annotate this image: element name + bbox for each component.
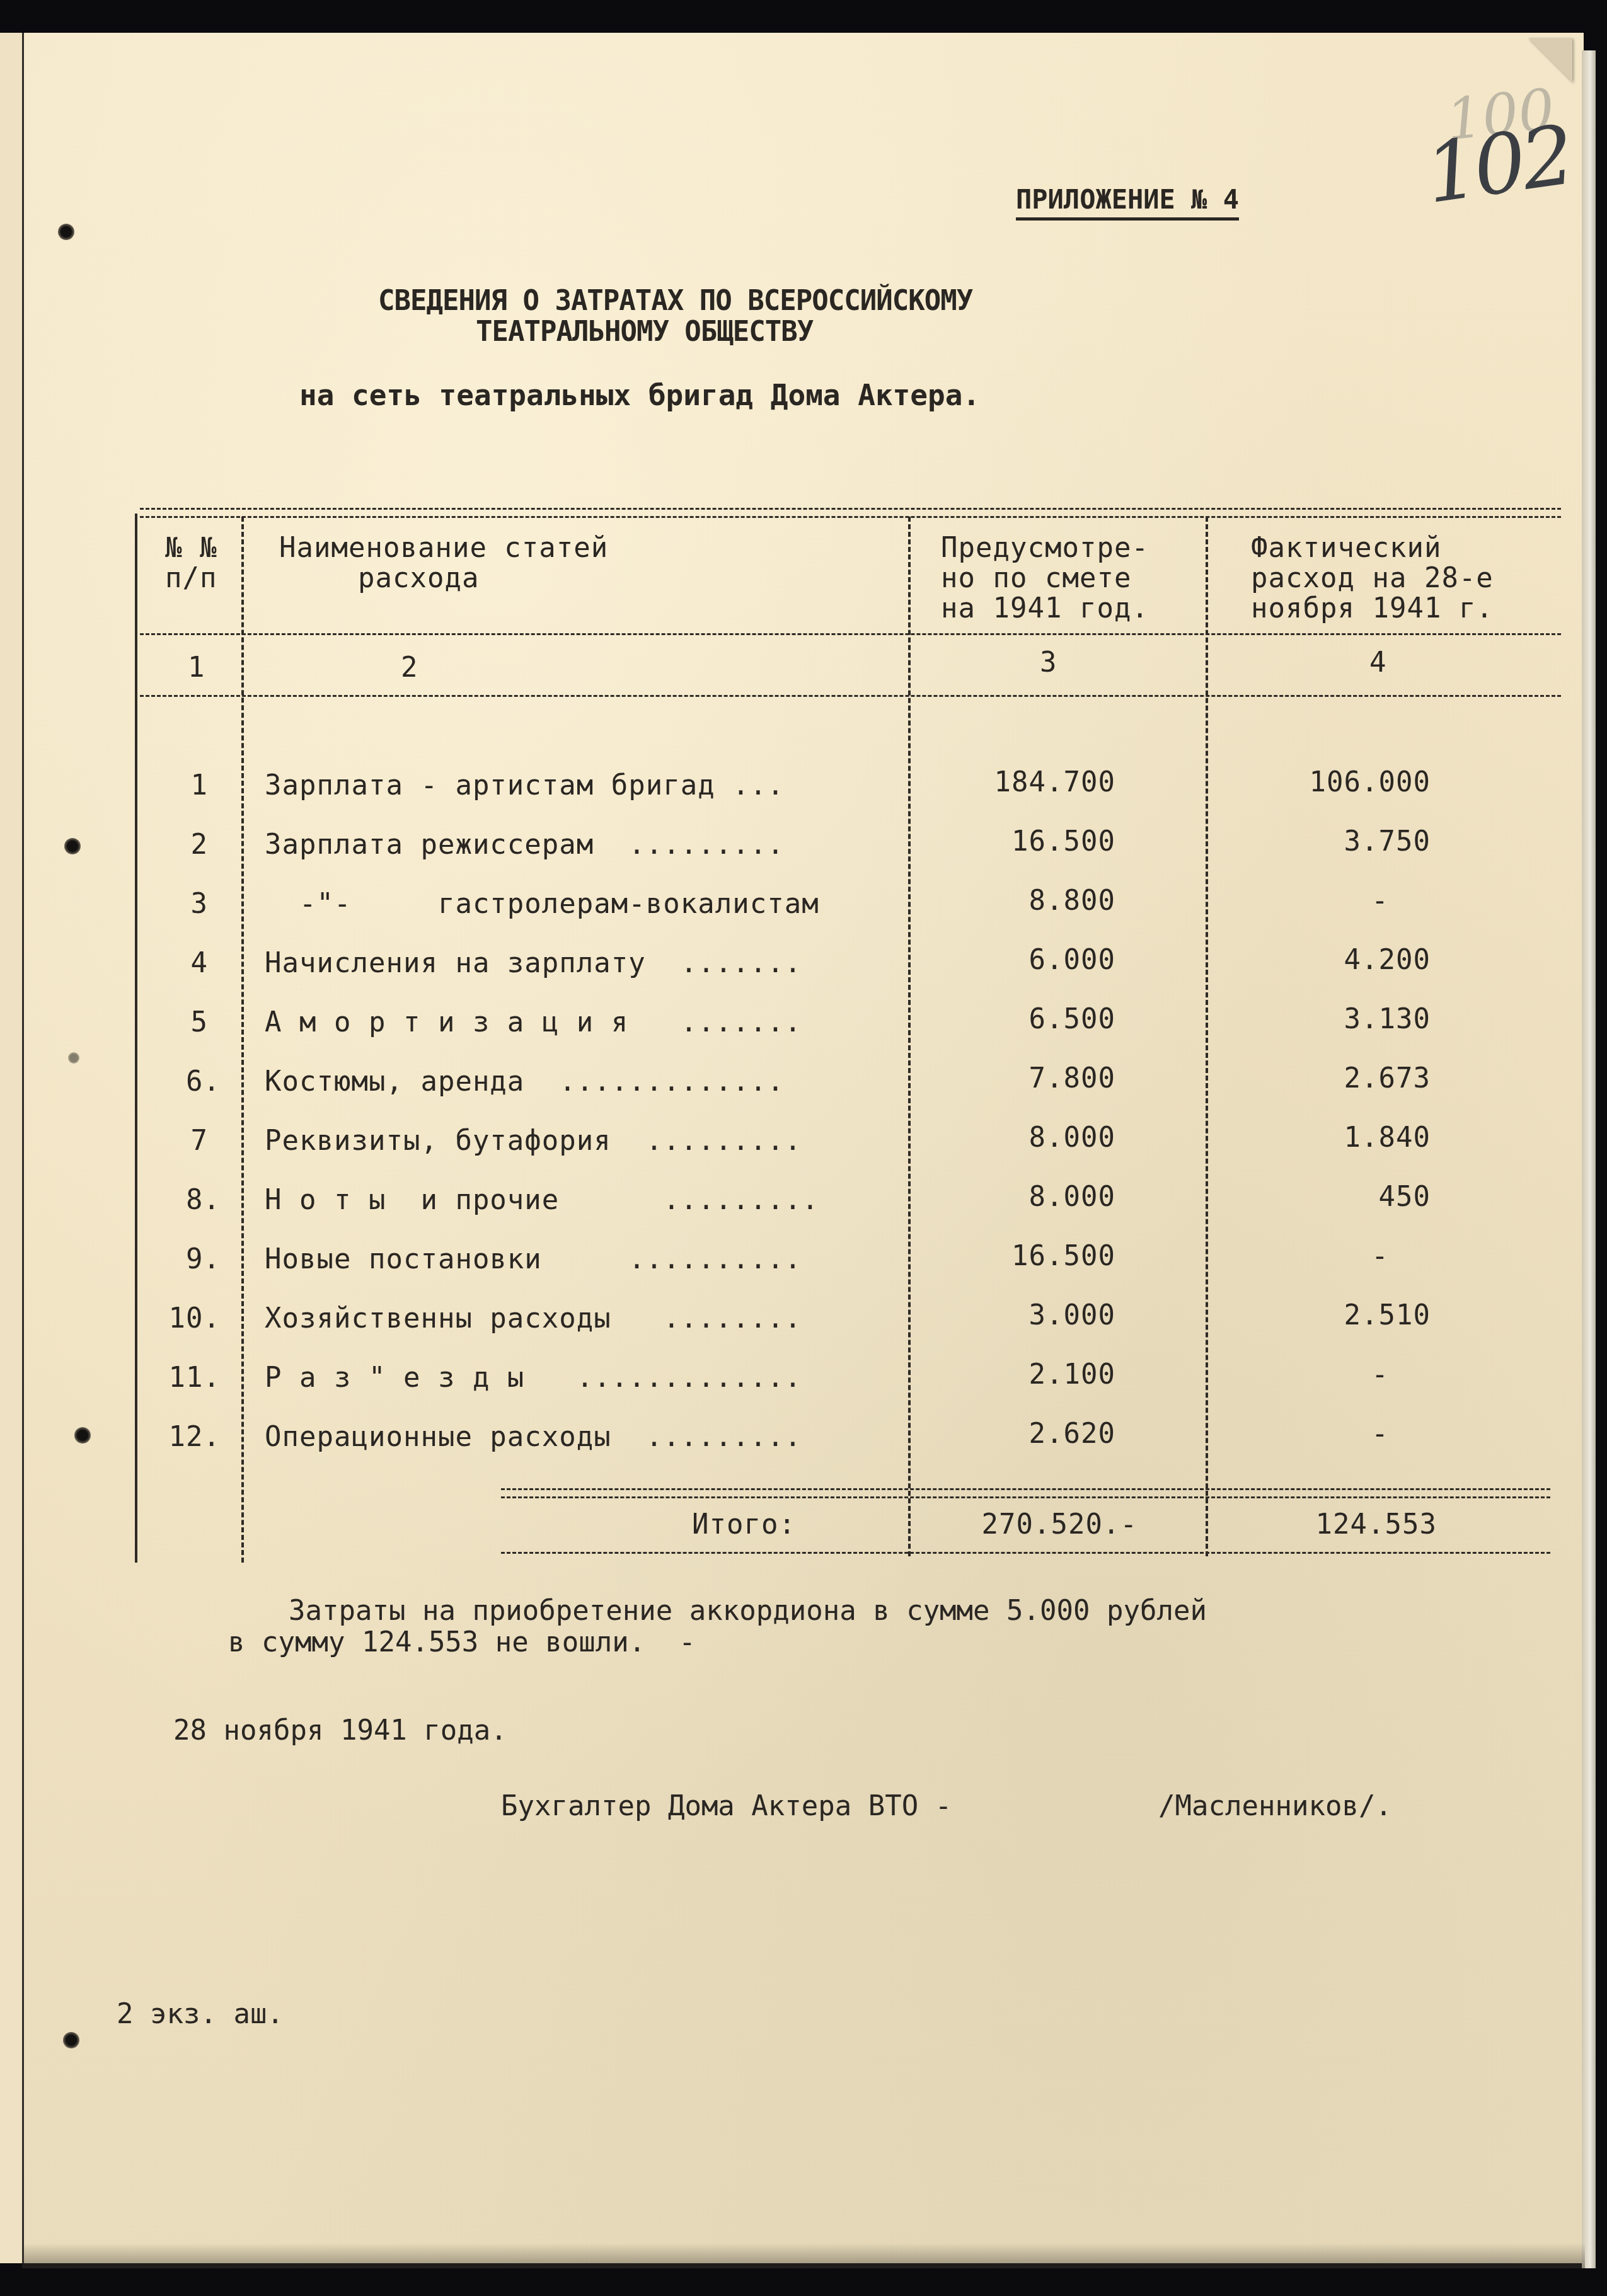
- row-name: Реквизиты, бутафория .........: [265, 1127, 802, 1155]
- table-top-rule: [140, 508, 1561, 518]
- col-separator-3: [1206, 517, 1208, 1556]
- row-number: 10.: [145, 1305, 221, 1333]
- page-bottom-shadow: [22, 2243, 1585, 2268]
- row-planned: 7.800: [920, 1065, 1115, 1093]
- punch-hole-icon: [68, 1052, 79, 1064]
- row-number: 2: [145, 831, 208, 859]
- row-actual: 106.000: [1216, 769, 1431, 796]
- page-stack-edge: [1582, 50, 1596, 2268]
- row-planned: 2.100: [920, 1361, 1115, 1389]
- appendix-label: ПРИЛОЖЕНИЕ № 4: [1016, 187, 1239, 213]
- col-separator-2: [908, 517, 911, 1556]
- punch-hole-icon: [64, 838, 81, 854]
- row-actual: 2.673: [1216, 1065, 1431, 1093]
- col-number-1: 1: [188, 654, 205, 682]
- document-date: 28 ноября 1941 года.: [173, 1717, 507, 1745]
- subtitle: на сеть театральных бригад Дома Актера.: [299, 381, 980, 410]
- col-number-4: 4: [1369, 649, 1387, 677]
- row-actual: 2.510: [1216, 1302, 1431, 1329]
- row-actual: -: [1323, 1243, 1437, 1270]
- row-actual: 3.750: [1216, 828, 1431, 856]
- row-planned: 8.000: [920, 1183, 1115, 1211]
- row-name: Хозяйственны расходы ........: [265, 1305, 802, 1333]
- row-actual: -: [1323, 1420, 1437, 1448]
- punch-hole-icon: [74, 1427, 91, 1444]
- row-actual: 3.130: [1216, 1006, 1431, 1033]
- total-label: Итого:: [692, 1511, 796, 1539]
- header-col4-line1: Фактический: [1251, 534, 1441, 562]
- header-col4-line3: ноября 1941 г.: [1251, 595, 1494, 623]
- row-number: 9.: [145, 1246, 221, 1273]
- row-actual: -: [1323, 887, 1437, 915]
- row-number: 7: [145, 1127, 208, 1155]
- row-number: 6.: [145, 1068, 221, 1096]
- total-top-rule: [501, 1488, 1550, 1498]
- row-actual: -: [1323, 1361, 1437, 1389]
- row-planned: 8.000: [920, 1124, 1115, 1152]
- header-col3-line3: на 1941 год.: [941, 595, 1149, 623]
- col-separator-1: [241, 517, 244, 1563]
- row-number: 4: [145, 950, 208, 977]
- signature-name: /Масленников/.: [1158, 1793, 1392, 1820]
- row-number: 5: [145, 1009, 208, 1036]
- row-actual: 4.200: [1216, 946, 1431, 974]
- signature-role: Бухгалтер Дома Актера ВТО -: [501, 1793, 952, 1820]
- table-left-border: [135, 514, 137, 1563]
- row-planned: 184.700: [920, 769, 1115, 796]
- header-col2-line2: расхода: [358, 565, 479, 592]
- footer-note-line-2: в сумму 124.553 не вошли. -: [228, 1629, 696, 1656]
- total-actual: 124.553: [1216, 1511, 1437, 1539]
- row-planned: 16.500: [920, 828, 1115, 856]
- header-col1-line1: № №: [165, 534, 217, 562]
- title-line-1: СВЕДЕНИЯ О ЗАТРАТАХ ПО ВСЕРОССИЙСКОМУ: [378, 287, 972, 315]
- column-number-rule: [140, 695, 1561, 697]
- row-planned: 3.000: [920, 1302, 1115, 1329]
- header-col3-line2: но по смете: [941, 565, 1131, 592]
- row-planned: 6.500: [920, 1006, 1115, 1033]
- col-number-3: 3: [1040, 649, 1057, 677]
- row-name: Новые постановки ..........: [265, 1246, 802, 1273]
- row-planned: 8.800: [920, 887, 1115, 915]
- row-name: Костюмы, аренда .............: [265, 1068, 785, 1096]
- row-name: Р а з " е з д ы .............: [265, 1364, 802, 1392]
- row-planned: 2.620: [920, 1420, 1115, 1448]
- footer-note-line-1: Затраты на приобретение аккордиона в сум…: [289, 1597, 1207, 1625]
- row-name: Операционные расходы .........: [265, 1423, 802, 1451]
- col-number-2: 2: [401, 654, 418, 682]
- row-name: Начисления на зарплату .......: [265, 950, 802, 977]
- row-number: 8.: [145, 1186, 221, 1214]
- header-col4-line2: расход на 28-е: [1251, 565, 1494, 592]
- row-number: 3: [145, 890, 208, 918]
- row-name: Зарплата - артистам бригад ...: [265, 772, 785, 800]
- punch-hole-icon: [63, 2032, 79, 2048]
- row-number: 11.: [145, 1364, 221, 1392]
- total-planned: 270.520.-: [920, 1511, 1138, 1539]
- row-name: Зарплата режиссерам .........: [265, 831, 785, 859]
- folded-corner: [1528, 38, 1572, 82]
- header-col3-line1: Предусмотре-: [941, 534, 1149, 562]
- header-bottom-rule: [140, 633, 1561, 635]
- title-line-2: ТЕАТРАЛЬНОМУ ОБЩЕСТВУ: [476, 318, 813, 346]
- row-name: Н о т ы и прочие .........: [265, 1186, 819, 1214]
- header-col1-line2: п/п: [165, 565, 217, 592]
- row-planned: 16.500: [920, 1243, 1115, 1270]
- row-actual: 1.840: [1216, 1124, 1431, 1152]
- handwritten-page-number: 102: [1420, 107, 1577, 222]
- row-actual: 450: [1216, 1183, 1431, 1211]
- punch-hole-icon: [58, 224, 74, 240]
- row-number: 1: [145, 772, 208, 800]
- header-col2-line1: Наименование статей: [279, 534, 608, 562]
- row-name: А м о р т и з а ц и я .......: [265, 1009, 802, 1036]
- copies-note: 2 экз. аш.: [117, 2000, 284, 2028]
- row-planned: 6.000: [920, 946, 1115, 974]
- total-bottom-rule: [501, 1552, 1550, 1554]
- row-number: 12.: [145, 1423, 221, 1451]
- row-name: -"- гастролерам-вокалистам: [265, 890, 819, 918]
